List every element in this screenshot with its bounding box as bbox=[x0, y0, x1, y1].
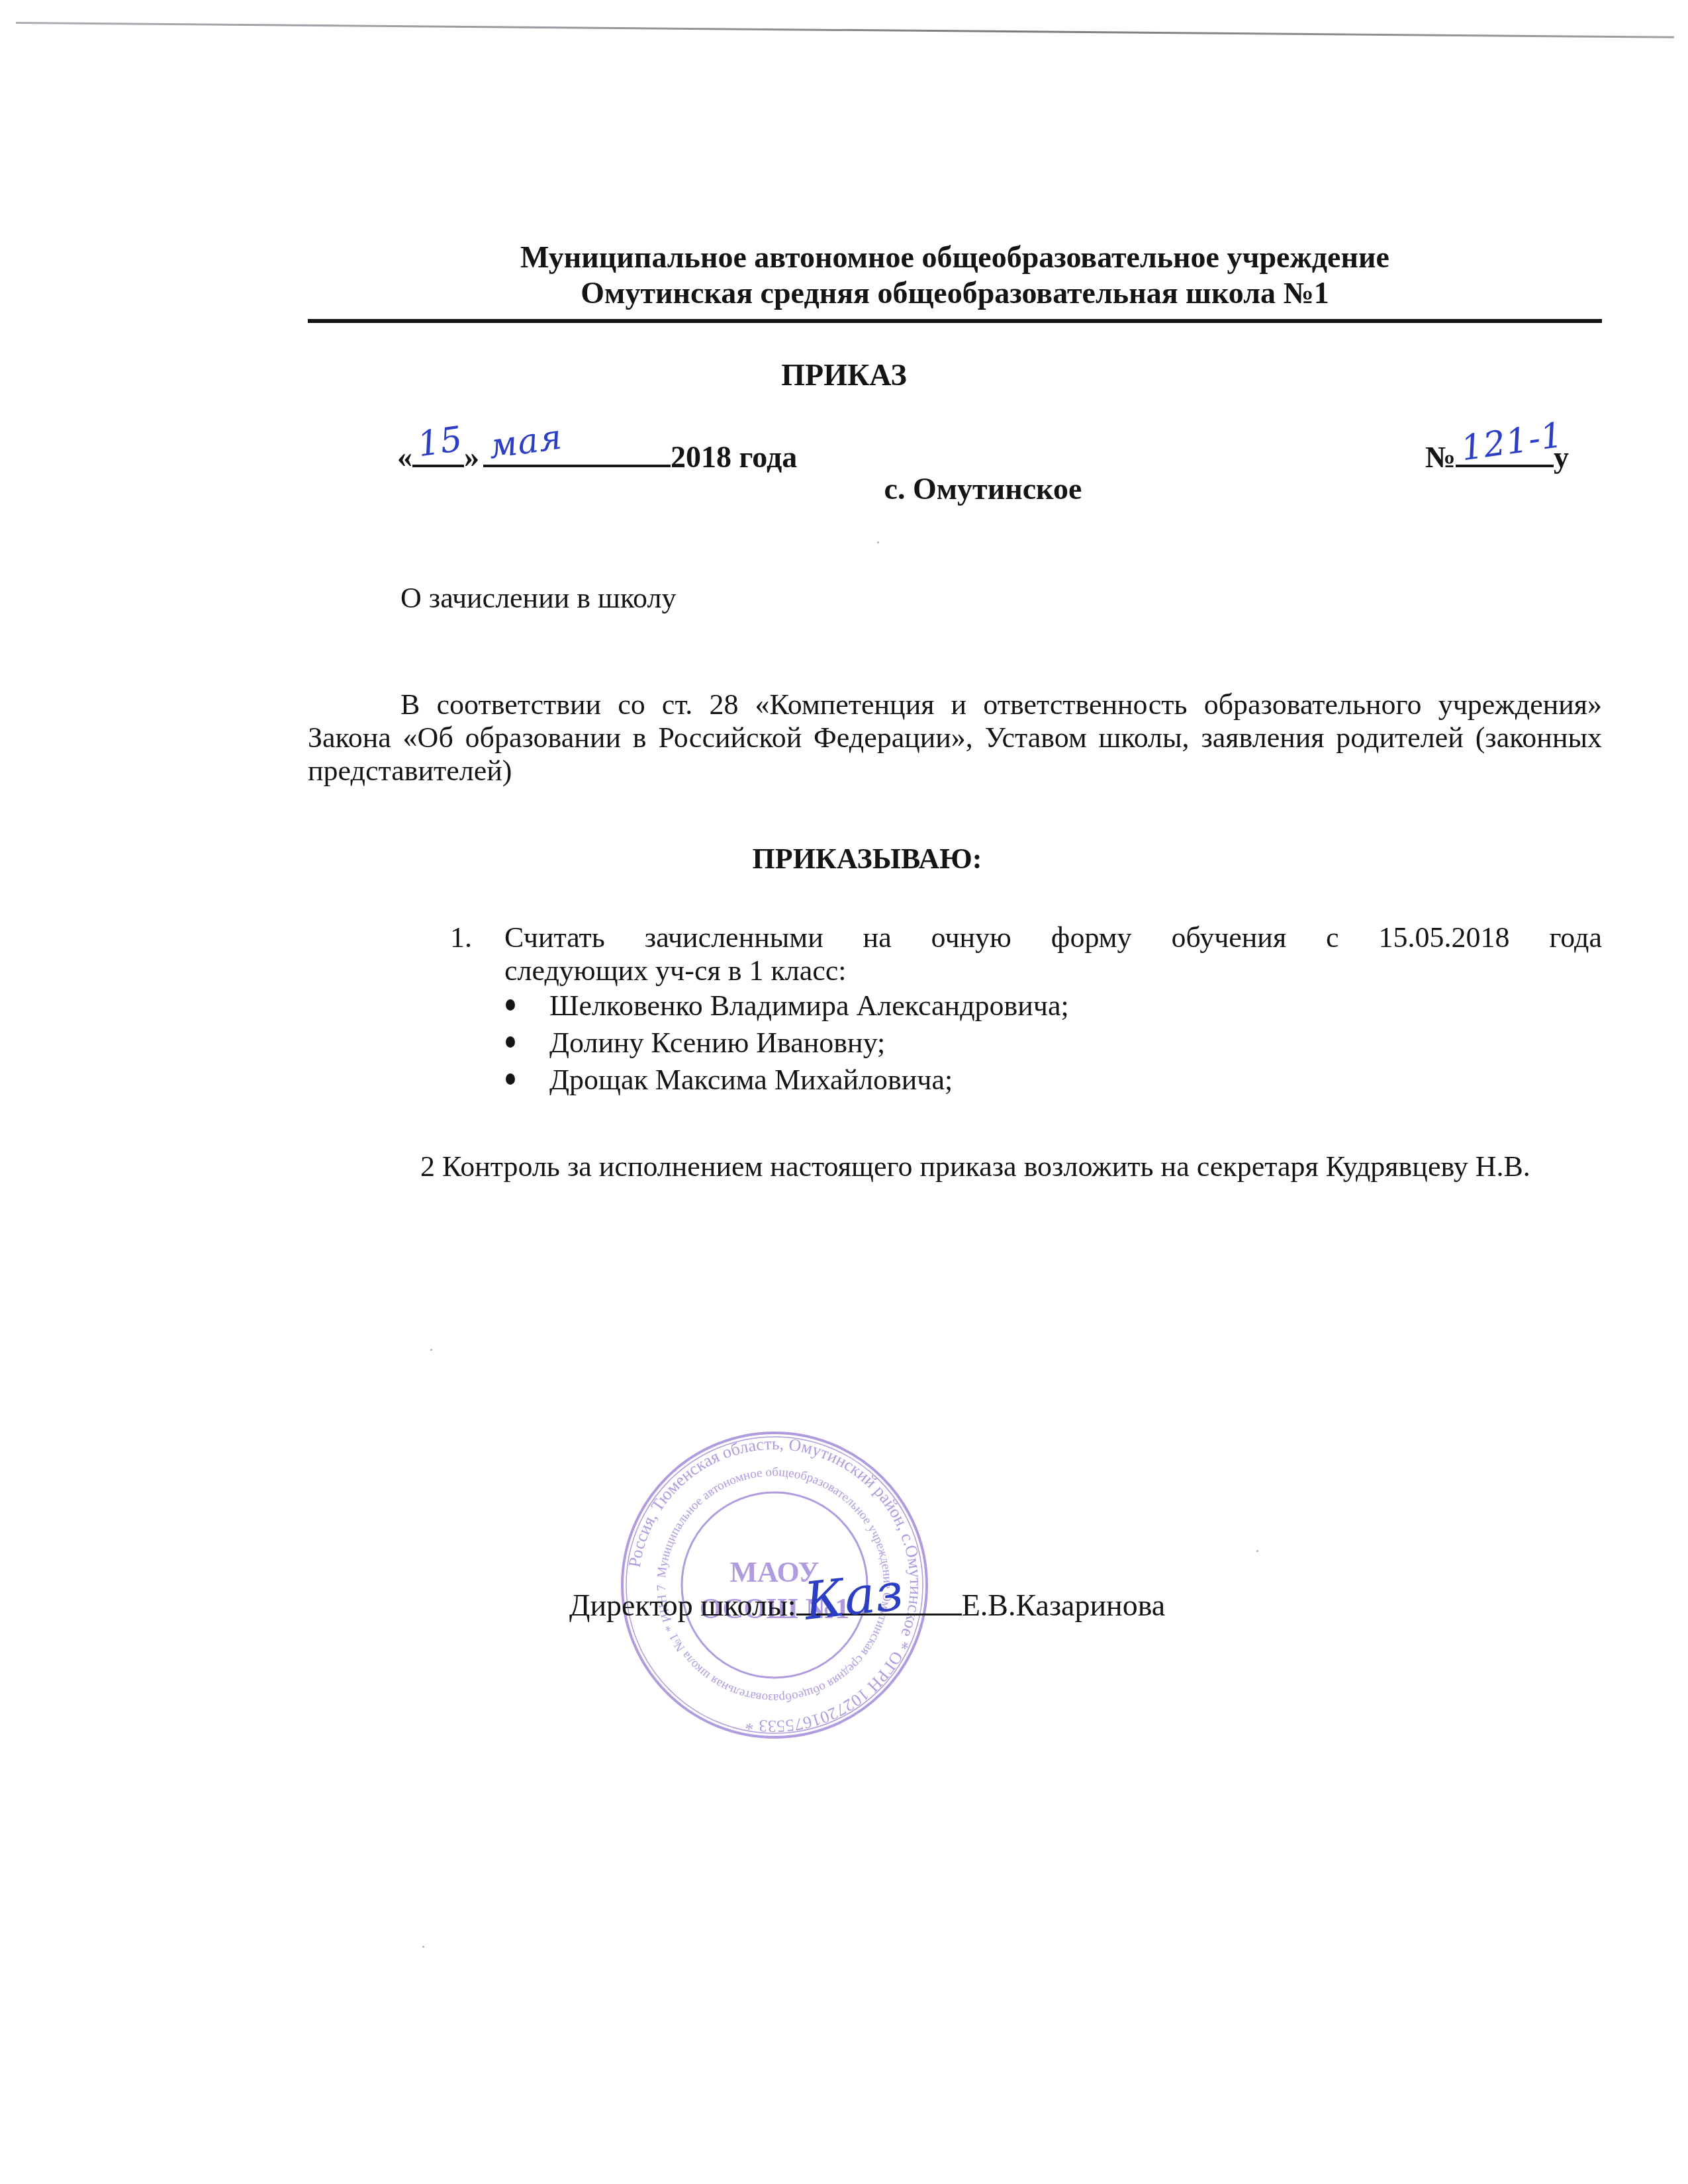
item-1-text-line1: Считать зачисленными на очную форму обуч… bbox=[504, 921, 1602, 954]
list-item: Дрощак Максима Михайловича; bbox=[504, 1062, 1602, 1099]
handwritten-signature: Каз bbox=[801, 1562, 906, 1631]
signature-line: Каз bbox=[796, 1587, 962, 1615]
quote-open: « bbox=[397, 440, 412, 474]
scan-speck bbox=[1256, 1550, 1258, 1552]
order-subject: О зачислении в школу bbox=[400, 581, 676, 615]
order-number: №121-1у bbox=[1425, 435, 1569, 475]
bullet-icon bbox=[506, 1073, 515, 1085]
number-field: 121-1 bbox=[1456, 435, 1554, 467]
scan-edge-line bbox=[16, 22, 1674, 38]
bullet-icon bbox=[506, 1036, 515, 1048]
scan-speck bbox=[422, 1946, 424, 1948]
bullet-icon bbox=[506, 999, 515, 1011]
order-heading: ПРИКАЗЫВАЮ: bbox=[0, 842, 1688, 876]
student-name: Дрощак Максима Михайловича; bbox=[549, 1064, 953, 1096]
place-of-issue: с. Омутинское bbox=[0, 471, 1688, 506]
item-1-number: 1. bbox=[450, 921, 472, 954]
month-handwritten: мая bbox=[486, 418, 565, 467]
document-title: ПРИКАЗ bbox=[0, 357, 1688, 392]
scan-speck bbox=[877, 541, 879, 543]
organization-type: Муниципальное автономное общеобразовател… bbox=[308, 240, 1602, 275]
preamble-paragraph: В соответствии со ст. 28 «Компетенция и … bbox=[308, 688, 1602, 788]
month-field: мая bbox=[483, 435, 671, 467]
year-text: 2018 года bbox=[671, 440, 797, 474]
student-name: Долину Ксению Ивановну; bbox=[549, 1026, 885, 1059]
organization-name: Омутинская средняя общеобразовательная ш… bbox=[308, 275, 1602, 311]
item-1-text-line2: следующих уч-ся в 1 класс: bbox=[504, 954, 1602, 987]
scan-speck bbox=[430, 1349, 432, 1351]
day-field: 15 bbox=[412, 435, 464, 467]
number-handwritten: 121-1 bbox=[1459, 416, 1566, 469]
order-item-2: 2 Контроль за исполнением настоящего при… bbox=[308, 1150, 1602, 1183]
signature-block: Директор школы:КазЕ.В.Казаринова bbox=[569, 1587, 1165, 1623]
order-date: «15»мая2018 года bbox=[397, 435, 797, 475]
organization-header: Муниципальное автономное общеобразовател… bbox=[308, 240, 1602, 311]
order-item-1: 1. Считать зачисленными на очную форму о… bbox=[450, 921, 1602, 1099]
date-number-row: «15»мая2018 года №121-1у bbox=[397, 424, 1569, 477]
quote-close: » bbox=[464, 440, 479, 474]
student-name: Шелковенко Владимира Александровича; bbox=[549, 989, 1069, 1022]
signatory-name: Е.В.Казаринова bbox=[962, 1588, 1166, 1622]
header-divider bbox=[308, 319, 1602, 323]
signatory-title: Директор школы: bbox=[569, 1588, 796, 1622]
number-prefix: № bbox=[1425, 440, 1456, 474]
list-item: Долину Ксению Ивановну; bbox=[504, 1024, 1602, 1062]
list-item: Шелковенко Владимира Александровича; bbox=[504, 987, 1602, 1024]
day-handwritten: 15 bbox=[415, 420, 465, 465]
student-list: Шелковенко Владимира Александровича; Дол… bbox=[504, 987, 1602, 1099]
